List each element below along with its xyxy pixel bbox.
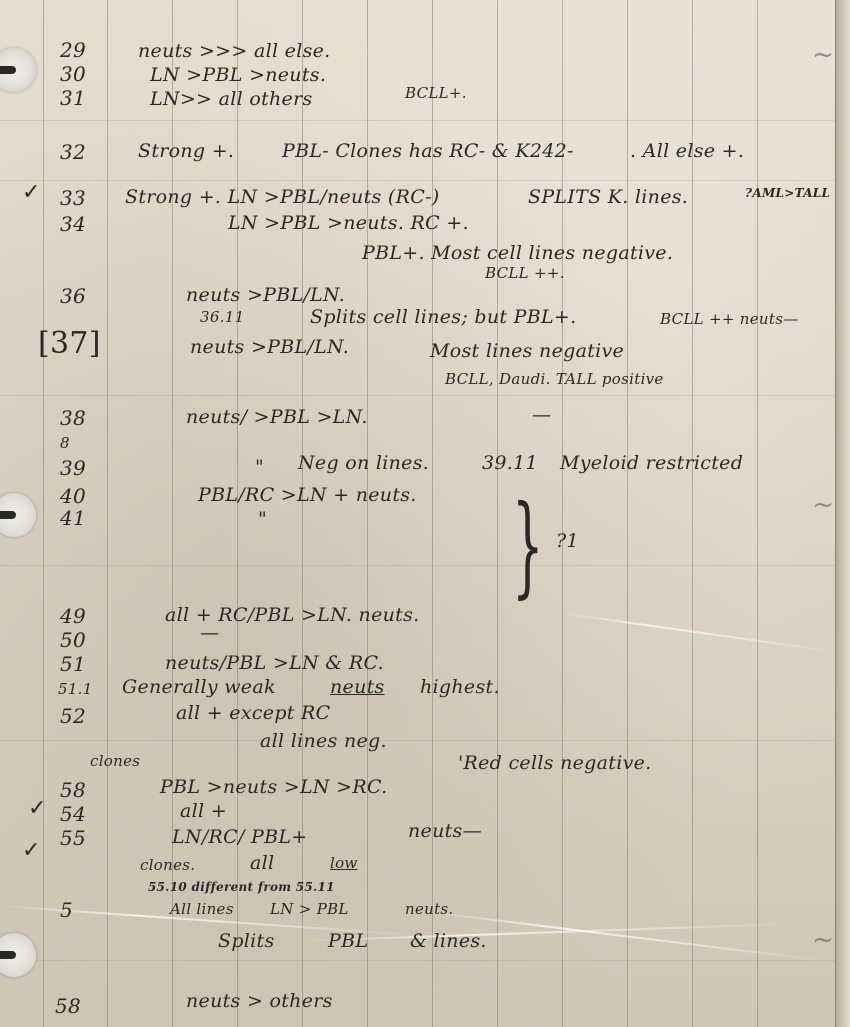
- row-number: 50: [60, 628, 86, 652]
- row-note: low: [330, 854, 358, 872]
- row-text: PBL+. Most cell lines negative.: [362, 242, 673, 264]
- row-number: 41: [60, 506, 86, 530]
- row-number: 55: [60, 826, 86, 850]
- row-number: 32: [60, 140, 86, 164]
- ruled-line: [627, 0, 628, 1027]
- row-number: 52: [60, 704, 86, 728]
- row-number: 54: [60, 802, 86, 826]
- row-text: PBL >neuts >LN >RC.: [160, 776, 388, 798]
- row-note: —: [532, 404, 551, 426]
- row-number: 33: [60, 186, 86, 210]
- row-text: Strong +.: [138, 140, 234, 162]
- row-prefix: clones: [90, 752, 140, 770]
- row-number: 49: [60, 604, 86, 628]
- row-number: 51: [60, 652, 86, 676]
- row-number: 40: [60, 484, 86, 508]
- row-note-2: Myeloid restricted: [560, 452, 743, 474]
- row-number: [37]: [38, 326, 101, 361]
- row-number: 36: [60, 284, 86, 308]
- row-number: 29: [60, 38, 86, 62]
- row-text: LN/RC/ PBL+: [172, 826, 308, 848]
- ruled-line: [0, 960, 835, 961]
- check-mark-icon: ✓: [22, 838, 41, 863]
- ruled-line: [0, 395, 835, 396]
- row-text: 55.10 different from 55.11: [148, 880, 335, 894]
- row-prefix: 36.11: [200, 308, 244, 326]
- row-number: 58: [60, 778, 86, 802]
- ruled-line: [0, 740, 835, 741]
- check-mark-icon: ✓: [28, 796, 47, 821]
- row-note: 39.11: [482, 452, 538, 474]
- row-text: neuts/PBL >LN & RC.: [165, 652, 384, 674]
- row-text-2: all: [250, 852, 274, 874]
- row-note: BCLL ++.: [485, 264, 565, 282]
- row-text-2: PBL- Clones has RC- & K242-: [282, 140, 574, 162]
- row-note: & lines.: [410, 930, 487, 952]
- row-number: 5: [60, 898, 73, 922]
- row-text: neuts/ >PBL >LN.: [186, 406, 368, 428]
- row-text: ": [258, 508, 267, 530]
- row-text: neuts >PBL/LN.: [190, 336, 349, 358]
- notebook-page: ~ ~ ~ 29 neuts >>> all else. 30 LN >PBL …: [0, 0, 850, 1027]
- row-note: highest.: [420, 676, 500, 698]
- row-text: neuts > others: [186, 990, 333, 1012]
- row-text: LN >PBL >neuts.: [150, 64, 326, 86]
- row-text: neuts >>> all else.: [138, 40, 331, 62]
- row-text: LN >PBL >neuts. RC +.: [228, 212, 469, 234]
- row-text: PBL/RC >LN + neuts.: [198, 484, 417, 506]
- row-text: ": [255, 456, 264, 478]
- row-text: All lines: [170, 900, 234, 918]
- row-note: 'Red cells negative.: [458, 752, 652, 774]
- ruled-line: [0, 120, 835, 121]
- row-text: all lines neg.: [260, 730, 387, 752]
- page-curl-mark: ~: [812, 490, 834, 520]
- row-number: 39: [60, 456, 86, 480]
- paper-crease: [560, 612, 838, 653]
- check-mark-icon: ✓: [22, 180, 41, 205]
- ruled-line: [0, 180, 835, 181]
- row-text: Splits cell lines; but PBL+.: [310, 306, 576, 328]
- page-curl-mark: ~: [812, 40, 834, 70]
- row-note: SPLITS K. lines.: [528, 186, 688, 208]
- row-note-2: BCLL, Daudi. TALL positive: [445, 370, 664, 388]
- row-number: 31: [60, 86, 86, 110]
- curly-brace: }: [512, 490, 544, 600]
- ruled-line: [107, 0, 108, 1027]
- row-note: BCLL ++ neuts—: [660, 310, 799, 328]
- row-note: BCLL+.: [405, 84, 467, 102]
- ruled-line: [0, 565, 835, 566]
- ruled-line: [757, 0, 758, 1027]
- row-note: neuts.: [405, 900, 454, 918]
- row-number: 51.1: [58, 680, 93, 698]
- row-text: Generally weak: [122, 676, 276, 698]
- ruled-line: [237, 0, 238, 1027]
- row-note: . All else +.: [630, 140, 744, 162]
- row-text: clones.: [140, 856, 195, 874]
- row-note-2: ?AML>TALL: [745, 186, 830, 200]
- row-text-2: neuts: [330, 676, 385, 698]
- row-text: LN>> all others: [150, 88, 313, 110]
- row-text: Splits: [218, 930, 275, 952]
- binder-ring-icon: [0, 493, 36, 537]
- row-text: —: [200, 622, 219, 644]
- row-text-2: LN > PBL: [270, 900, 349, 918]
- row-number: 38: [60, 406, 86, 430]
- page-edge: [835, 0, 850, 1027]
- row-text-2: PBL: [328, 930, 368, 952]
- row-text: all + except RC: [176, 702, 331, 724]
- page-curl-mark: ~: [812, 925, 834, 955]
- row-number: 8: [60, 434, 70, 452]
- brace-note: ?1: [556, 530, 579, 552]
- binder-ring-icon: [0, 933, 36, 977]
- row-number: 58: [55, 994, 81, 1018]
- ruled-line: [43, 0, 44, 1027]
- row-text: all +: [180, 800, 227, 822]
- row-text: Strong +. LN >PBL/neuts (RC-): [125, 186, 440, 208]
- row-note: neuts—: [408, 820, 482, 842]
- binder-ring-icon: [0, 48, 36, 92]
- row-text-2: Neg on lines.: [298, 452, 429, 474]
- row-number: 30: [60, 62, 86, 86]
- row-note: Most lines negative: [430, 340, 624, 362]
- row-number: 34: [60, 212, 86, 236]
- row-text: neuts >PBL/LN.: [186, 284, 345, 306]
